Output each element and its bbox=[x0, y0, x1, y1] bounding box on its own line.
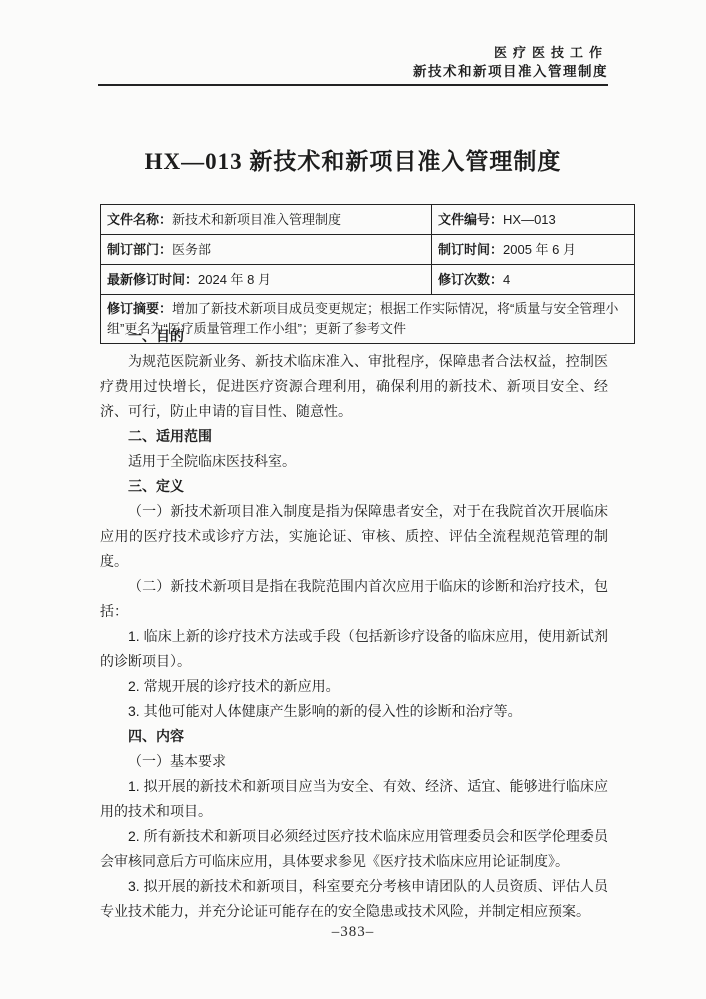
body-paragraph: （一）新技术新项目准入制度是指为保障患者安全，对于在我院首次开展临床应用的医疗技… bbox=[100, 499, 608, 574]
body-paragraph: 为规范医院新业务、新技术临床准入、审批程序，保障患者合法权益，控制医疗费用过快增… bbox=[100, 349, 608, 424]
cell-file-number-value: HX—013 bbox=[503, 212, 556, 227]
cell-created-time-label: 制订时间： bbox=[438, 242, 503, 257]
cell-file-name-label: 文件名称： bbox=[107, 212, 172, 227]
cell-department-label: 制订部门： bbox=[107, 242, 172, 257]
cell-revision-count-value: 4 bbox=[503, 272, 510, 287]
header-doc-title: 新技术和新项目准入管理制度 bbox=[98, 63, 608, 81]
cell-file-name: 文件名称：新技术和新项目准入管理制度 bbox=[101, 205, 432, 235]
body-paragraph: 2. 常规开展的诊疗技术的新应用。 bbox=[100, 674, 608, 699]
section-heading: 一、目的 bbox=[100, 324, 608, 349]
body-paragraph: （一）基本要求 bbox=[100, 749, 608, 774]
cell-created-time-value: 2005 年 6 月 bbox=[503, 242, 576, 257]
document-body: 一、目的为规范医院新业务、新技术临床准入、审批程序，保障患者合法权益，控制医疗费… bbox=[100, 324, 608, 924]
cell-created-time: 制订时间：2005 年 6 月 bbox=[432, 235, 635, 265]
body-paragraph: 3. 拟开展的新技术和新项目，科室要充分考核申请团队的人员资质、评估人员专业技术… bbox=[100, 874, 608, 924]
body-paragraph: 1. 拟开展的新技术和新项目应当为安全、有效、经济、适宜、能够进行临床应用的技术… bbox=[100, 774, 608, 824]
body-paragraph: 适用于全院临床医技科室。 bbox=[100, 449, 608, 474]
cell-file-name-value: 新技术和新项目准入管理制度 bbox=[172, 212, 341, 227]
body-paragraph: 1. 临床上新的诊疗技术方法或手段（包括新诊疗设备的临床应用，使用新试剂的诊断项… bbox=[100, 624, 608, 674]
table-row-file: 文件名称：新技术和新项目准入管理制度 文件编号：HX—013 bbox=[101, 205, 635, 235]
body-paragraph: 3. 其他可能对人体健康产生影响的新的侵入性的诊断和治疗等。 bbox=[100, 699, 608, 724]
cell-file-number: 文件编号：HX—013 bbox=[432, 205, 635, 235]
document-info-table: 文件名称：新技术和新项目准入管理制度 文件编号：HX—013 制订部门：医务部 … bbox=[100, 204, 635, 344]
document-title: HX—013 新技术和新项目准入管理制度 bbox=[0, 143, 706, 176]
table-row-department: 制订部门：医务部 制订时间：2005 年 6 月 bbox=[101, 235, 635, 265]
cell-revised-time-value: 2024 年 8 月 bbox=[198, 272, 271, 287]
section-heading: 二、适用范围 bbox=[100, 424, 608, 449]
cell-revision-count-label: 修订次数： bbox=[438, 272, 503, 287]
cell-department: 制订部门：医务部 bbox=[101, 235, 432, 265]
header-category: 医疗医技工作 bbox=[98, 44, 608, 61]
table-row-revision: 最新修订时间：2024 年 8 月 修订次数：4 bbox=[101, 265, 635, 295]
cell-revised-time: 最新修订时间：2024 年 8 月 bbox=[101, 265, 432, 295]
body-paragraph: 2. 所有新技术和新项目必须经过医疗技术临床应用管理委员会和医学伦理委员会审核同… bbox=[100, 824, 608, 874]
cell-file-number-label: 文件编号： bbox=[438, 212, 503, 227]
document-page: 医疗医技工作 新技术和新项目准入管理制度 HX—013 新技术和新项目准入管理制… bbox=[0, 0, 706, 999]
cell-revision-summary-label: 修订摘要： bbox=[107, 301, 172, 316]
header-rule bbox=[98, 84, 608, 86]
section-heading: 四、内容 bbox=[100, 724, 608, 749]
section-heading: 三、定义 bbox=[100, 474, 608, 499]
cell-revision-count: 修订次数：4 bbox=[432, 265, 635, 295]
cell-revised-time-label: 最新修订时间： bbox=[107, 272, 198, 287]
body-paragraph: （二）新技术新项目是指在我院范围内首次应用于临床的诊断和治疗技术，包括： bbox=[100, 574, 608, 624]
page-header: 医疗医技工作 新技术和新项目准入管理制度 bbox=[98, 44, 608, 86]
page-number: –383– bbox=[0, 924, 706, 941]
cell-department-value: 医务部 bbox=[172, 242, 211, 257]
